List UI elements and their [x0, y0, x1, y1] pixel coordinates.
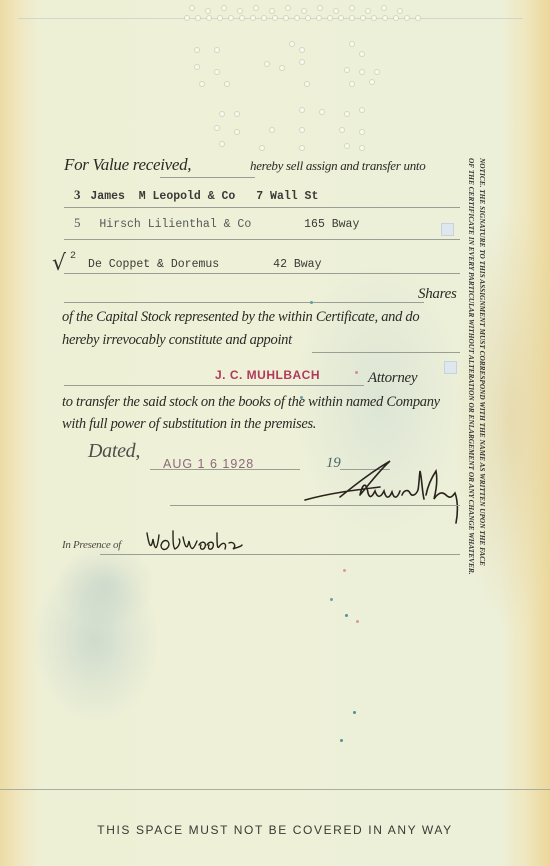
perforation-hole — [345, 144, 349, 148]
footer-notice: THIS SPACE MUST NOT BE COVERED IN ANY WA… — [0, 823, 550, 837]
perforation-hole — [200, 82, 204, 86]
assignor-signature — [300, 455, 470, 535]
perforation-hole — [290, 42, 294, 46]
perforation-hole — [190, 6, 194, 10]
perforation-hole — [300, 146, 304, 150]
hereby-sell-text: hereby sell assign and transfer unto — [250, 158, 425, 174]
perforation-hole — [345, 68, 349, 72]
perforation-hole — [254, 6, 258, 10]
perforation-hole — [318, 6, 322, 10]
perforation-hole — [196, 16, 200, 20]
perforation-hole — [218, 16, 222, 20]
perforation-hole — [383, 16, 387, 20]
shares-label: Shares — [418, 286, 456, 303]
perforation-hole — [350, 16, 354, 20]
perforation-hole — [300, 60, 304, 64]
ink-speck — [345, 614, 348, 617]
transferee-shares: 3 — [74, 187, 81, 202]
attorney-rule — [64, 385, 364, 386]
ink-speck — [355, 371, 358, 374]
transferee-row-2: 5 Hirsch Lilienthal & Co 165 Bway — [74, 215, 359, 231]
perforation-hole — [225, 82, 229, 86]
perforation-hole — [416, 16, 420, 20]
attorney-name-stamp: J. C. MUHLBACH — [215, 368, 320, 382]
perforation-hole — [286, 6, 290, 10]
transferee-address: 7 Wall St — [256, 190, 318, 203]
perforation-hole — [300, 128, 304, 132]
for-value-rule — [160, 177, 255, 178]
perforation-hole — [328, 16, 332, 20]
perforation-hole — [334, 9, 338, 13]
perforation-hole — [360, 130, 364, 134]
for-value-received-text: For Value received, — [64, 155, 191, 175]
constitute-text: hereby irrevocably constitute and appoin… — [62, 332, 292, 349]
bottom-divider — [0, 789, 550, 790]
ink-speck — [330, 598, 333, 601]
perforation-hole — [280, 66, 284, 70]
transferee-name: De Coppet & Doremus — [88, 258, 219, 271]
ink-speck — [353, 711, 356, 714]
perforation-hole — [220, 142, 224, 146]
perforation-hole — [270, 128, 274, 132]
perforation-hole — [229, 16, 233, 20]
in-presence-label: In Presence of — [62, 539, 121, 551]
perforation-hole — [251, 16, 255, 20]
perforation-hole — [215, 48, 219, 52]
perforation-hole — [366, 9, 370, 13]
transferee-name: Hirsch Lilienthal & Co — [99, 218, 251, 231]
shares-rule — [64, 302, 424, 303]
transferee-rule-2 — [64, 239, 460, 240]
transferee-rule-3 — [64, 273, 460, 274]
perforation-hole — [360, 108, 364, 112]
perforation-hole — [350, 42, 354, 46]
perforation-hole — [300, 108, 304, 112]
date-rule — [150, 469, 300, 470]
perforation-hole — [262, 16, 266, 20]
perforation-hole — [260, 146, 264, 150]
perforation-hole — [360, 52, 364, 56]
checkbox-square — [444, 361, 457, 374]
perforation-hole — [372, 16, 376, 20]
transferee-shares: 2 — [70, 251, 76, 262]
perforation-hole — [305, 82, 309, 86]
transferee-address: 165 Bway — [304, 218, 359, 231]
perforation-hole — [195, 65, 199, 69]
perforation-hole — [405, 16, 409, 20]
perforation-hole — [339, 16, 343, 20]
perforation-hole — [302, 9, 306, 13]
perforation-hole — [215, 70, 219, 74]
perforation-hole — [238, 9, 242, 13]
perforation-hole — [270, 9, 274, 13]
checkbox-square — [441, 223, 454, 236]
perforation-hole — [360, 146, 364, 150]
ink-speck — [300, 396, 303, 399]
perforation-hole — [284, 16, 288, 20]
perforation-hole — [340, 128, 344, 132]
perforation-hole — [222, 6, 226, 10]
perforation-hole — [195, 48, 199, 52]
perforation-hole — [370, 80, 374, 84]
perforation-hole — [220, 112, 224, 116]
perforation-hole — [240, 16, 244, 20]
transferee-address: 42 Bway — [273, 258, 321, 271]
notice-text: NOTICE. THE SIGNATURE TO THIS ASSIGNMENT… — [466, 158, 488, 598]
perforation-hole — [295, 16, 299, 20]
ink-speck — [343, 569, 346, 572]
perforation-hole — [320, 110, 324, 114]
transferee-shares: 5 — [74, 215, 81, 230]
attorney-label: Attorney — [368, 370, 417, 387]
perforation-hole — [300, 48, 304, 52]
transfer-text: to transfer the said stock on the books … — [62, 394, 440, 411]
perforation-hole — [265, 62, 269, 66]
ink-speck — [356, 620, 359, 623]
perforation-hole — [345, 112, 349, 116]
perforation-hole — [215, 126, 219, 130]
transferee-rule-1 — [64, 207, 460, 208]
perforation-hole — [382, 6, 386, 10]
perforation-hole — [398, 9, 402, 13]
perforation-hole — [350, 82, 354, 86]
witness-signature — [143, 527, 243, 557]
dated-label: Dated, — [88, 440, 140, 463]
perforation-hole — [206, 9, 210, 13]
signature-rule — [170, 505, 460, 506]
perforation-hole — [394, 16, 398, 20]
substitution-text: with full power of substitution in the p… — [62, 416, 316, 433]
witness-rule — [100, 554, 460, 555]
ink-speck — [340, 739, 343, 742]
perforation-hole — [317, 16, 321, 20]
perforation-hole — [306, 16, 310, 20]
transferee-name: James M Leopold & Co — [90, 190, 235, 203]
capital-stock-text: of the Capital Stock represented by the … — [62, 309, 419, 326]
perforation-hole — [235, 112, 239, 116]
ink-speck — [310, 301, 313, 304]
signature-notice-vertical: NOTICE. THE SIGNATURE TO THIS ASSIGNMENT… — [466, 158, 490, 598]
perforation-hole — [350, 6, 354, 10]
perforation-hole — [273, 16, 277, 20]
perforation-hole — [361, 16, 365, 20]
perforation-hole — [360, 70, 364, 74]
perforation-hole — [375, 70, 379, 74]
perforation-hole — [207, 16, 211, 20]
perforation-hole — [185, 16, 189, 20]
transferee-row-1: 3 James M Leopold & Co 7 Wall St — [74, 187, 318, 203]
perforation-hole — [235, 130, 239, 134]
constitute-rule — [312, 352, 460, 353]
